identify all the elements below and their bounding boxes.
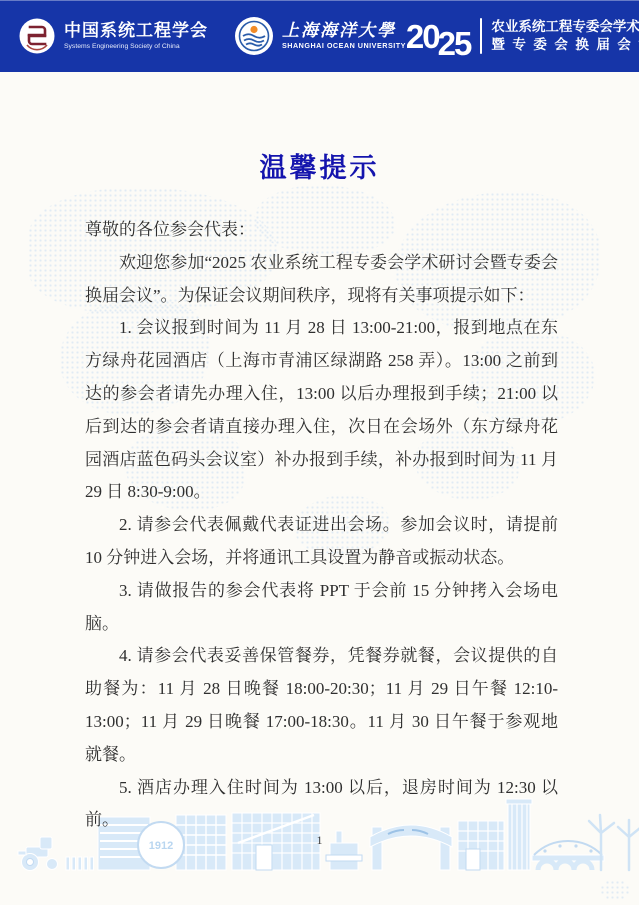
conference-year: 20 25 [406,20,470,53]
sesc-name-cn: 中国系统工程学会 [64,22,208,41]
sesc-name-en: Systems Engineering Society of China [64,43,208,50]
conference-title-group: 20 25 农业系统工程专委会学术研讨会 暨专委会换届会议 [406,18,639,54]
shou-name-cn: 上海海洋大學 [282,22,406,41]
notice-item-5: 5. 酒店办理入住时间为 13:00 以后，退房时间为 12:30 以前。 [85,772,558,838]
notice-item-3: 3. 请做报告的参会代表将 PPT 于会前 15 分钟拷入会场电脑。 [85,575,558,641]
conference-name-line1: 农业系统工程专委会学术研讨会 [491,19,639,36]
page-title: 温馨提示 [0,146,639,185]
sesc-seal-icon [18,17,56,55]
header-divider [480,18,482,54]
salutation-line: 尊敬的各位参会代表： [85,214,558,247]
shou-name-en: SHANGHAI OCEAN UNIVERSITY [282,42,406,50]
year-20: 20 [406,20,439,53]
shou-emblem-icon [234,16,274,56]
notice-item-1: 1. 会议报到时间为 11 月 28 日 13:00-21:00，报到地点在东方… [85,312,558,509]
conference-name-line2: 暨专委会换届会议 [491,37,639,54]
conference-notice-page: { "header": { "sesc": { "name_cn": "中国系统… [0,0,639,905]
notice-item-4: 4. 请参会代表妥善保管餐券，凭餐券就餐，会议提供的自助餐为：11 月 28 日… [85,640,558,771]
notice-item-2: 2. 请参会代表佩戴代表证进出会场。参加会议时，请提前 10 分钟进入会场，并将… [85,509,558,575]
intro-paragraph: 欢迎您参加“2025 农业系统工程专委会学术研讨会暨专委会换届会议”。为保证会议… [85,247,558,313]
notice-body: 尊敬的各位参会代表： 欢迎您参加“2025 农业系统工程专委会学术研讨会暨专委会… [85,214,558,837]
year-25: 25 [438,27,471,60]
page-header-banner: 中国系统工程学会 Systems Engineering Society of … [0,0,639,72]
sesc-logo-group: 中国系统工程学会 Systems Engineering Society of … [18,17,208,55]
page-number: 1 [0,833,639,848]
fence [66,857,94,870]
shou-logo-group: 上海海洋大學 SHANGHAI OCEAN UNIVERSITY [234,16,406,56]
